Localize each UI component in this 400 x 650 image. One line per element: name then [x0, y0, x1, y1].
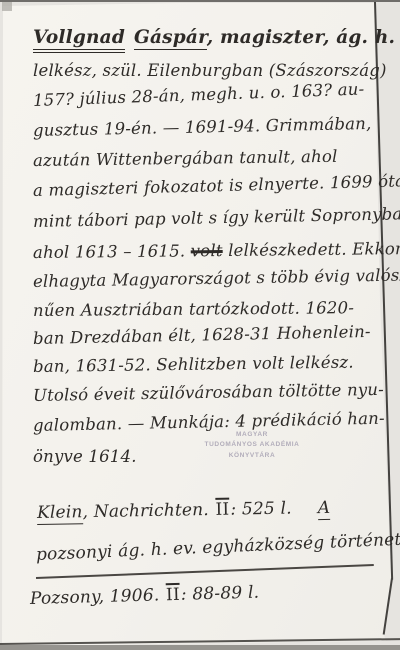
note-line-5: azután Wittenbergában tanult, ahol — [33, 147, 338, 170]
note-line-8: ahol 1613 – 1615. volt lelkészkedett. Ek… — [33, 239, 400, 262]
reference-author: Klein — [37, 502, 83, 525]
note-line-11: ban Drezdában élt, 1628-31 Hohenlein- — [33, 322, 371, 348]
reference-line-1: Klein, Nachrichten. II: 525 l.A — [37, 498, 331, 523]
forename: Gáspár — [134, 27, 207, 50]
note-line-7: mint tábori pap volt s így került Sopron… — [33, 204, 400, 231]
stamp-line-1: MAGYAR — [190, 430, 314, 440]
ref1-mid2: : 525 l. — [230, 499, 292, 520]
note-line-9: elhagyta Magyarországot s több évig való… — [33, 265, 400, 291]
ref1-volume-numeral: II — [214, 500, 230, 520]
title-rest: , magiszter, ág. h. ev. — [207, 27, 400, 48]
note-line-3: 157? július 28-án, megh. u. o. 163? au- — [33, 79, 365, 110]
note-line-6: a magiszteri fokozatot is elnyerte. 1699… — [33, 171, 400, 200]
line8-post: lelkészkedett. Ekkor — [223, 239, 400, 260]
reference-underline — [36, 564, 374, 578]
library-stamp: MAGYAR TUDOMÁNYOS AKADÉMIA KÖNYVTÁRA — [190, 430, 314, 461]
struck-word: volt — [191, 241, 223, 260]
photographed-index-card: VollgnadGáspár, magiszter, ág. h. ev. le… — [0, 0, 400, 650]
note-line-13: Utolsó éveit szülővárosában töltötte nyu… — [33, 380, 384, 405]
ref1-tail: A — [318, 498, 331, 520]
reference-line-2: pozsonyi ág. h. ev. egyházközség történe… — [36, 529, 400, 565]
note-line-12: ban, 1631-52. Sehlitzben volt lelkész. — [33, 353, 354, 376]
stamp-line-3: KÖNYVTÁRA — [190, 451, 314, 461]
note-line-2: lelkész, szül. Eilenburgban (Szászország… — [33, 61, 387, 80]
title-line: VollgnadGáspár, magiszter, ág. h. ev. — [33, 27, 400, 48]
surname: Vollgnad — [33, 27, 125, 53]
stamp-line-2: TUDOMÁNYOS AKADÉMIA — [190, 440, 314, 450]
reference-line-3: Pozsony, 1906. II: 88-89 l. — [30, 583, 260, 609]
handwritten-note: VollgnadGáspár, magiszter, ág. h. ev. le… — [0, 0, 400, 650]
ref3-pre: Pozsony, 1906. — [30, 585, 166, 609]
line8-pre: ahol 1613 – 1615. — [33, 241, 191, 262]
ref1-mid1: , Nachrichten. — [82, 500, 214, 522]
note-line-10: nűen Ausztriában tartózkodott. 1620- — [33, 298, 354, 320]
note-line-15: önyve 1614. — [33, 447, 137, 466]
ref3-volume-numeral: II — [165, 585, 181, 605]
ref3-post: : 88-89 l. — [181, 583, 260, 605]
note-line-4: gusztus 19-én. — 1691-94. Grimmában, — [33, 114, 372, 140]
